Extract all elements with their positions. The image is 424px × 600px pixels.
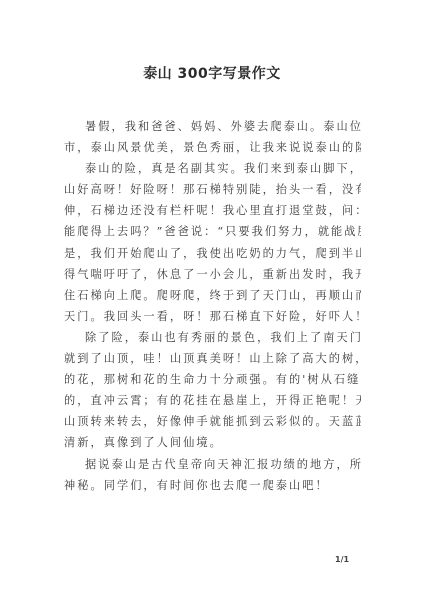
page-number: 1/1 <box>335 555 349 564</box>
document-page: 泰山 300字写景作文 暑假，我和爸爸、妈妈、外婆去爬泰山。泰山位于山东省泰安 … <box>0 0 424 600</box>
text-line: 除了险，泰山也有秀丽的景色，我们上了南天门，再往前不久 <box>64 327 361 348</box>
text-line: 市，泰山风景优美，景色秀丽，让我来说说泰山的险秀吧！ <box>64 137 361 158</box>
document-body: 暑假，我和爸爸、妈妈、外婆去爬泰山。泰山位于山东省泰安 市，泰山风景优美，景色秀… <box>64 116 361 496</box>
text-line: 清新，真像到了人间仙境。 <box>64 432 361 453</box>
text-line: 据说泰山是古代皇帝向天神汇报功绩的地方，所以它显得十分 <box>64 454 361 475</box>
document-title: 泰山 300字写景作文 <box>0 63 424 83</box>
text-line: 就到了山顶，哇！山顶真美呀！山上除了高大的树，还有各色美丽 <box>64 348 361 369</box>
text-line: 神秘。同学们，有时间你也去爬一爬泰山吧！ <box>64 475 361 496</box>
text-line: 泰山的险，真是名副其实。我们来到泰山脚下，一看，哇！泰 <box>64 158 361 179</box>
text-line: 是，我们开始爬山了，我使出吃奶的力气，爬到半山腰，就已经累 <box>64 243 361 264</box>
text-line: 山好高呀！好险呀！那石梯特别陡，抬头一看，没有顶，一直延 <box>64 179 361 200</box>
text-line: 暑假，我和爸爸、妈妈、外婆去爬泰山。泰山位于山东省泰安 <box>64 116 361 137</box>
text-line: 的，直冲云霄；有的花挂在悬崖上，开得正艳呢！天上的云雾绕着 <box>64 390 361 411</box>
text-line: 的花，那树和花的生命力十分顽强。有的'树从石缝中长出来，直直 <box>64 369 361 390</box>
text-line: 山顶转来转去，好像伸手就能抓到云彩似的。天蓝蓝的，空气十分 <box>64 411 361 432</box>
text-line: 能爬得上去吗？”爸爸说：“只要我们努力，就能战胜它！”于 <box>64 221 361 242</box>
text-line: 天门。我回头一看，呀！那石梯直下好险，好吓人！ <box>64 306 361 327</box>
text-line: 住石梯向上爬。爬呀爬，终于到了天门山，再顺山而上，就到了南 <box>64 285 361 306</box>
text-line: 得气喘吁吁了，休息了一小会儿，重新出发时，我开始手脚并用抓 <box>64 264 361 285</box>
text-line: 伸，石梯边还没有栏杆呢！我心里直打退堂鼓，问：“爸爸，我们 <box>64 200 361 221</box>
